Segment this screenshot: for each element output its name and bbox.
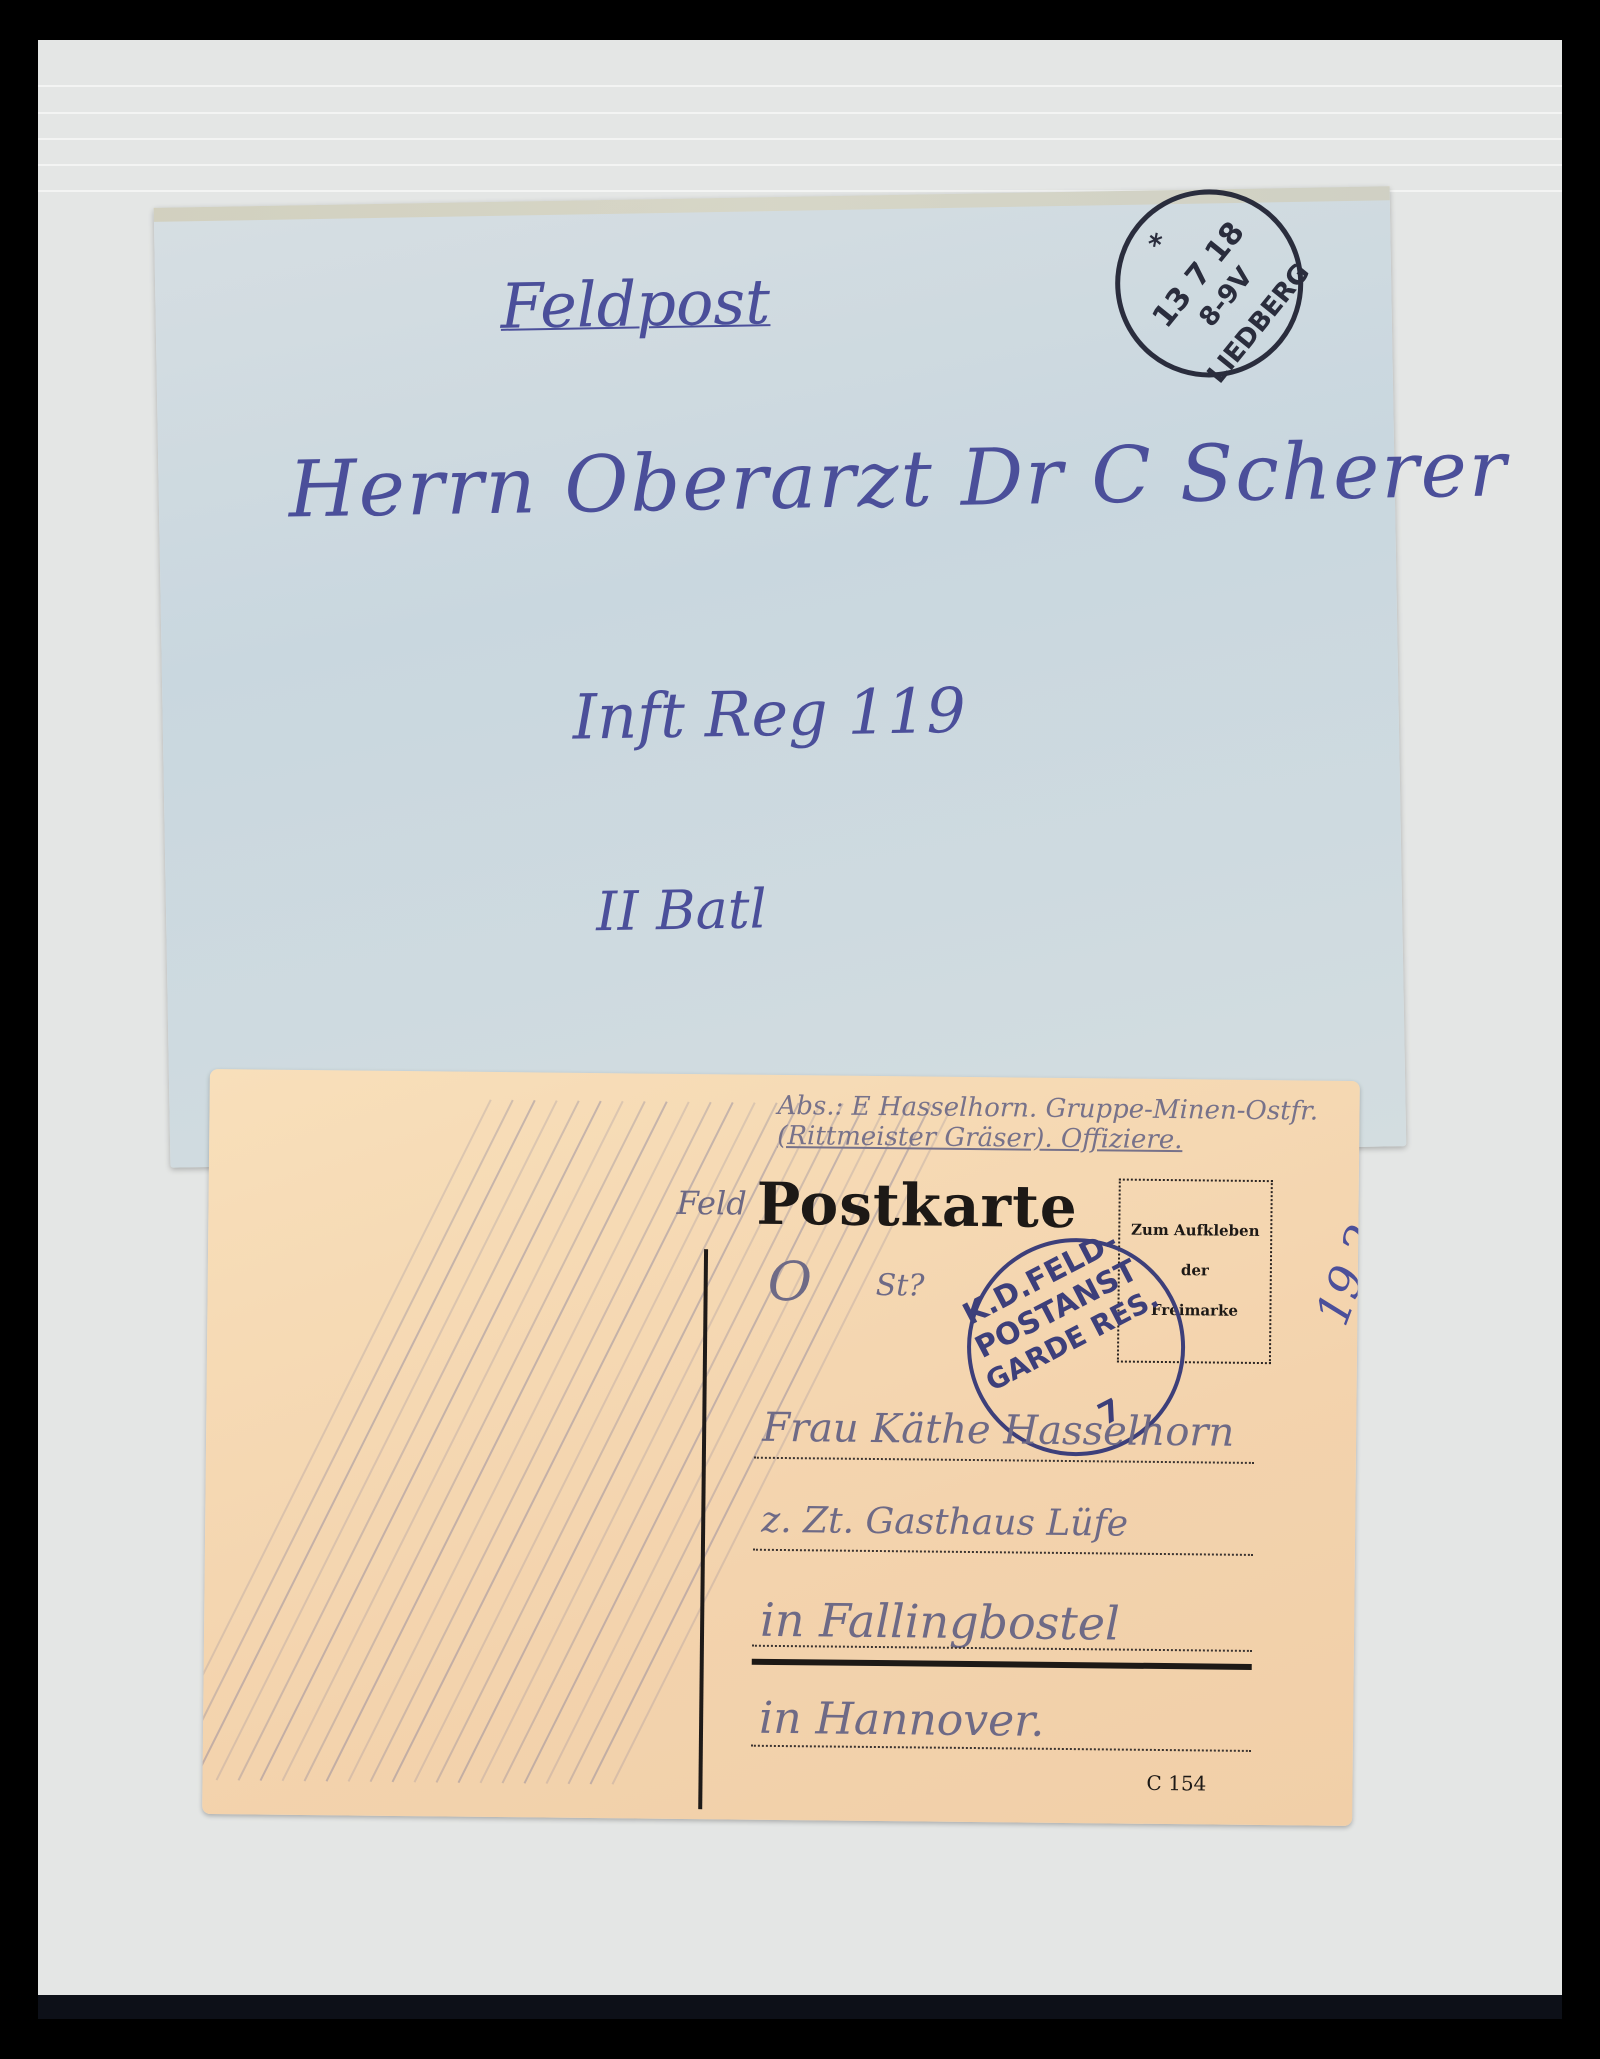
postcard-sender: Abs.: E Hasselhorn. Gruppe-Minen-Ostfr. … xyxy=(777,1091,1338,1157)
sender-line: (Rittmeister Gräser). Offiziere. xyxy=(777,1121,1337,1157)
message-handwriting-stroke xyxy=(370,1102,712,1782)
album-strip xyxy=(38,164,1562,166)
envelope-address-line: Herrn Oberarzt Dr C Scherer xyxy=(288,424,1509,535)
recipient-line: Frau Käthe Hasselhorn xyxy=(762,1405,1235,1456)
envelope: Feldpost Herrn Oberarzt Dr C Scherer Inf… xyxy=(154,186,1407,1167)
address-rule xyxy=(753,1547,1253,1556)
envelope-address-line: II Batl xyxy=(596,877,768,943)
message-handwriting-stroke xyxy=(326,1101,668,1781)
envelope-postmark: * 13 7 18 8-9V LIEDBERG xyxy=(1077,151,1341,415)
print-code: C 154 xyxy=(1146,1771,1206,1796)
envelope-feldpost-label: Feldpost xyxy=(500,265,771,343)
message-handwriting-stroke xyxy=(238,1100,580,1780)
message-handwriting-stroke xyxy=(260,1101,602,1781)
message-handwriting-stroke xyxy=(458,1103,800,1783)
message-handwriting-stroke xyxy=(282,1101,624,1781)
recipient-salutation-flourish: O xyxy=(767,1250,812,1313)
postcard-title: Postkarte xyxy=(756,1170,1078,1241)
envelope-address-line: Inft Reg 119 xyxy=(572,674,966,754)
message-handwriting-stroke xyxy=(304,1101,646,1781)
postcard: Abs.: E Hasselhorn. Gruppe-Minen-Ostfr. … xyxy=(202,1069,1360,1826)
message-handwriting-stroke xyxy=(202,1100,536,1780)
message-handwriting-stroke xyxy=(348,1101,690,1781)
postcard-divider xyxy=(698,1249,708,1809)
album-strip xyxy=(38,112,1562,114)
address-rule-thick xyxy=(752,1657,1252,1670)
pencil-note: 19.2. xyxy=(1305,1204,1360,1333)
recipient-line: in Hannover. xyxy=(759,1693,1045,1747)
postcard-message-area xyxy=(210,1079,688,1804)
recipient-line: z. Zt. Gasthaus Lüfe xyxy=(761,1500,1128,1545)
album-strip xyxy=(38,85,1562,87)
recipient-line: in Fallingbostel xyxy=(760,1593,1120,1651)
album-strip xyxy=(38,138,1562,140)
postcard-annotation: St? xyxy=(876,1268,925,1304)
postcard-feld-prefix: Feld xyxy=(676,1184,747,1223)
stamp-box-text: Zum Aufkleben xyxy=(1120,1221,1270,1241)
page-bottom-shadow xyxy=(38,1995,1562,2019)
address-rule xyxy=(754,1455,1254,1464)
message-handwriting-stroke xyxy=(216,1100,558,1780)
